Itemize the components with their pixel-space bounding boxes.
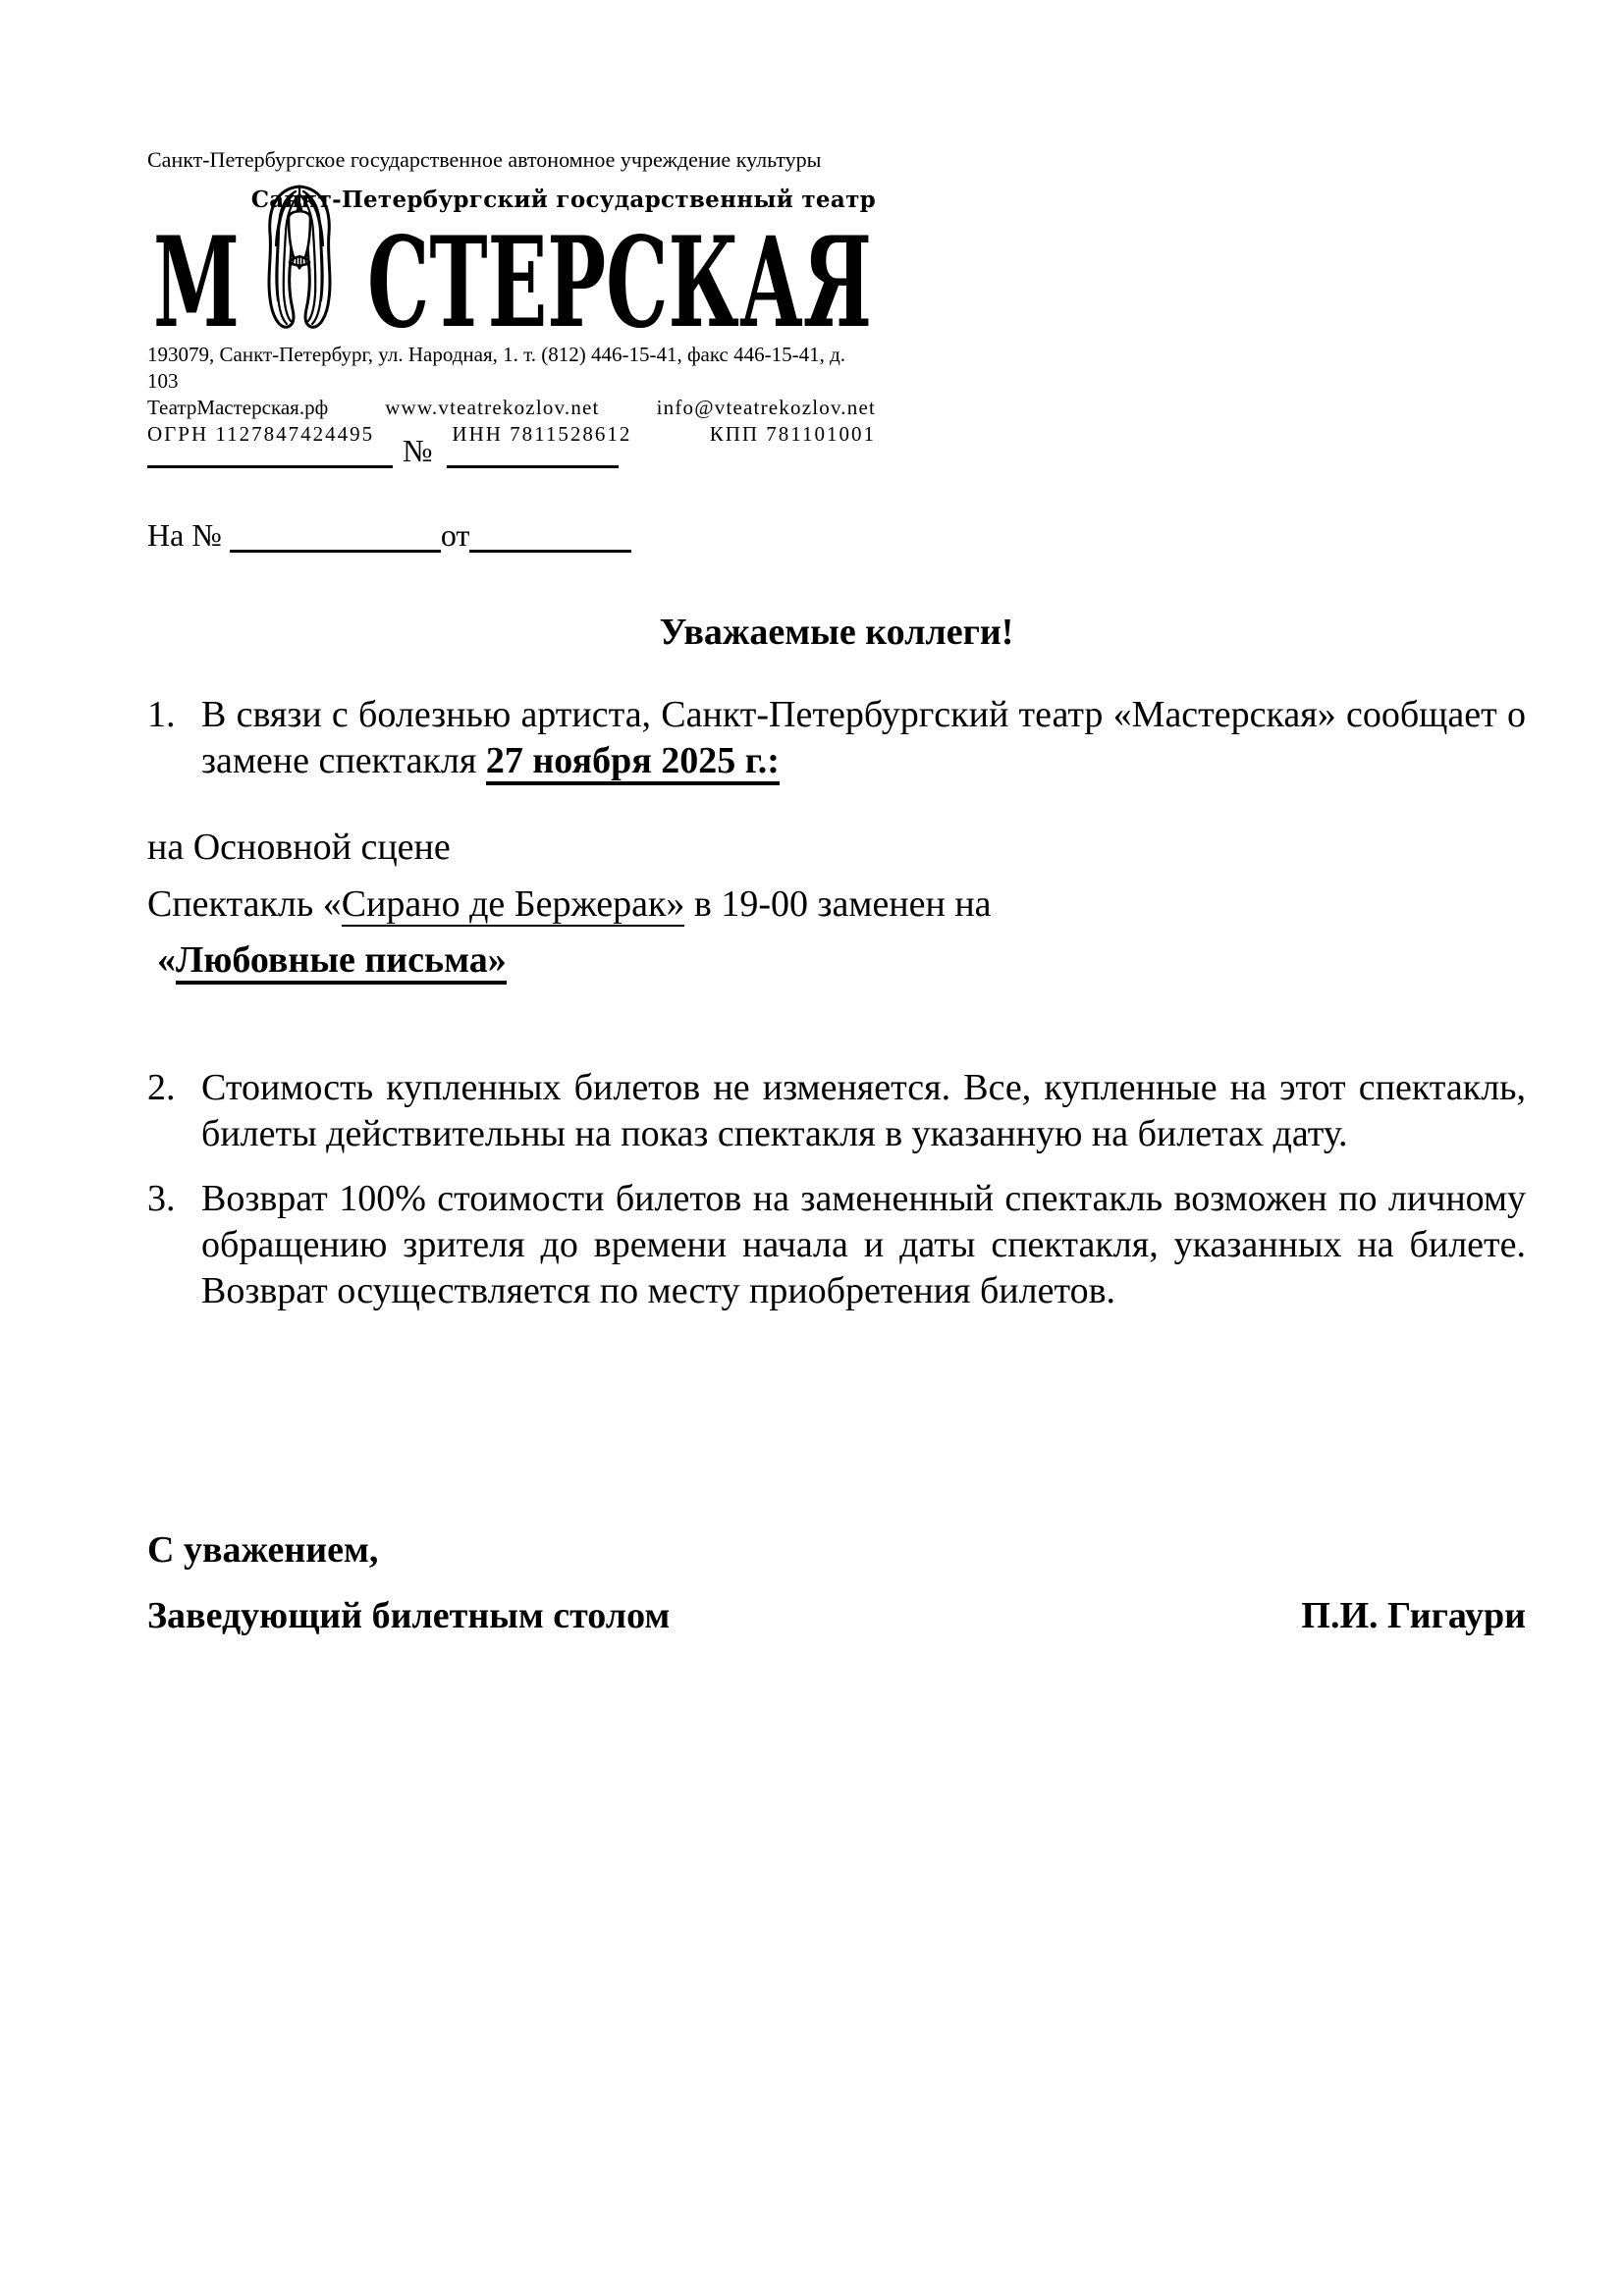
number-blank	[447, 432, 619, 468]
reply-prefix: На №	[147, 517, 222, 553]
swap-suffix: в 19-00 заменен на	[684, 883, 991, 925]
new-show-title-line: «Любовные письма»	[157, 937, 507, 984]
letterhead: Санкт-Петербургское государственное авто…	[147, 147, 876, 448]
signature-row: Заведующий билетным столом П.И. Гигаури	[147, 1593, 1526, 1639]
scene-line: на Основной сцене	[147, 825, 451, 871]
item-2-line-1: Стоимость купленных билетов не изменяетс…	[201, 1065, 1526, 1111]
item-1-line-1: В связи с болезнью артиста, Санкт-Петерб…	[201, 692, 1526, 738]
from-label: от	[441, 517, 470, 553]
reply-number-blank	[230, 516, 441, 553]
new-show-title: Любовные письма»	[176, 939, 507, 985]
letter-page: Санкт-Петербургское государственное авто…	[0, 0, 1624, 2296]
item-1-number: 1.	[147, 692, 201, 784]
list-item-1: 1. В связи с болезнью артиста, Санкт-Пет…	[147, 692, 1526, 784]
item-2-line-2: билеты действительны на показ спектакля …	[201, 1111, 1526, 1157]
item-2-number: 2.	[147, 1065, 201, 1157]
list-item-3: 3. Возврат 100% стоимости билетов на зам…	[147, 1176, 1526, 1314]
swap-line: Спектакль «Сирано де Бержерак» в 19-00 з…	[147, 881, 992, 928]
address-line: 193079, Санкт-Петербург, ул. Народная, 1…	[147, 342, 876, 395]
signer-name: П.И. Гигаури	[1301, 1593, 1526, 1639]
theater-subtitle: Санкт-Петербургский государственный теат…	[251, 187, 876, 213]
signer-position: Заведующий билетным столом	[147, 1593, 670, 1639]
outgoing-number-line: №	[147, 432, 619, 468]
site-www: www.vteatrekozlov.net	[385, 395, 599, 421]
swap-prefix: Спектакль «	[147, 883, 342, 925]
replacement-date: 27 ноября 2025 г.:	[486, 740, 780, 785]
salutation: Уважаемые коллеги!	[147, 611, 1526, 654]
original-show-title: Сирано де Бержерак»	[342, 883, 685, 927]
org-type-line: Санкт-Петербургское государственное авто…	[147, 147, 876, 173]
theater-logo: Санкт-Петербургский государственный теат…	[147, 173, 876, 334]
kpp: КПП 781101001	[710, 421, 876, 448]
email: info@vteatrekozlov.net	[657, 395, 876, 421]
list-item-2: 2. Стоимость купленных билетов не изменя…	[147, 1065, 1526, 1157]
item-3-line-2: обращению зрителя до времени начала и да…	[201, 1222, 1526, 1268]
reply-date-blank	[469, 516, 631, 553]
item-1-line-2-prefix: замене спектакля	[201, 740, 486, 781]
item-1-line-2: замене спектакля 27 ноября 2025 г.:	[201, 738, 1526, 784]
reply-reference-line: На № от	[147, 516, 631, 553]
date-blank	[147, 432, 393, 468]
item-3-number: 3.	[147, 1176, 201, 1314]
item-3-line-1: Возврат 100% стоимости билетов на замене…	[201, 1176, 1526, 1222]
open-quote: «	[157, 939, 176, 981]
closing-line: С уважением,	[147, 1527, 378, 1574]
number-sign: №	[403, 433, 433, 468]
logo-wordmark-rest: СТЕРСКАЯ	[367, 209, 872, 334]
item-3-line-3: Возврат осуществляется по месту приобрет…	[201, 1268, 1526, 1314]
logo-wordmark-first-letter: М	[153, 209, 240, 334]
site-ru: ТеатрМастерская.рф	[147, 395, 328, 421]
